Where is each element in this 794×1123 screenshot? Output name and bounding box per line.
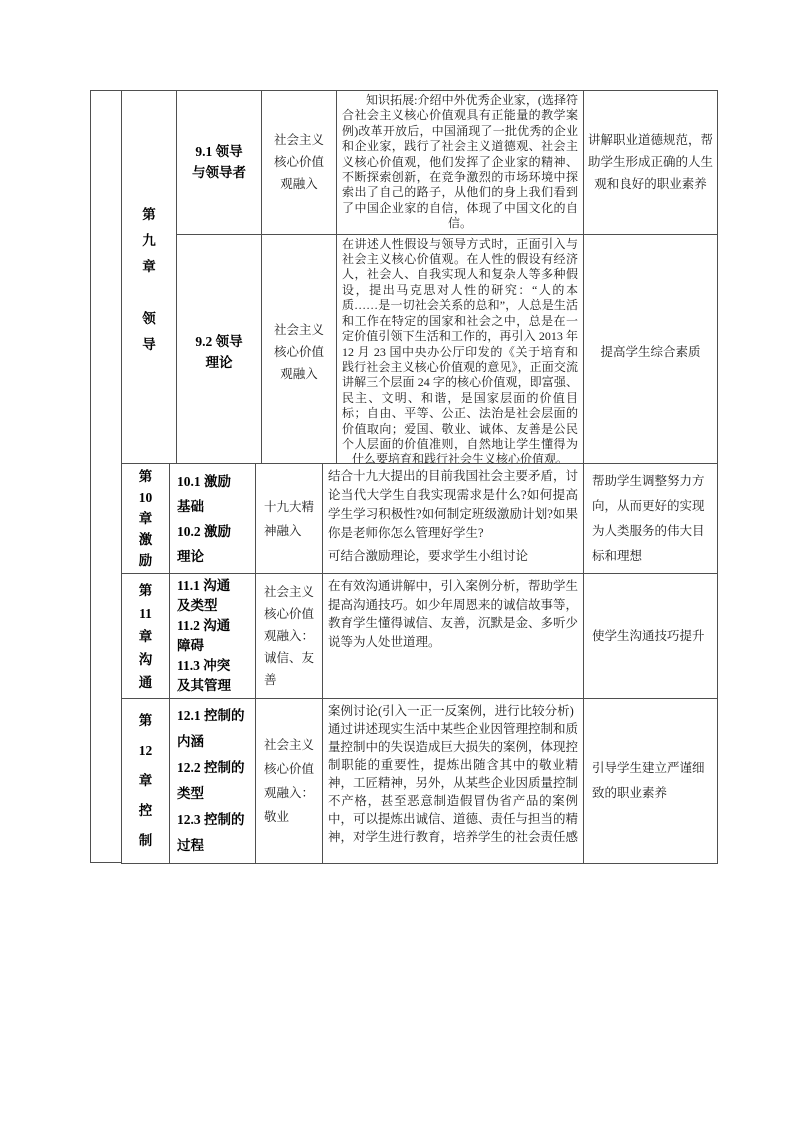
- content-10-cell: 结合十九大提出的目前我国社会主要矛盾，讨论当代大学生自我实现需求是什么?如何提高…: [323, 464, 584, 574]
- section-11-title: 11.1 沟通及类型11.2 沟通障碍11.3 冲突及其管理: [177, 576, 251, 696]
- integration-9-1-cell: 社会主义核心价值观融入: [262, 91, 337, 235]
- integration-10-cell: 十九大精神融入: [256, 464, 323, 574]
- section-9-1-cell: 9.1 领导与领导者: [177, 91, 262, 235]
- row-9-2: 9.2 领导理论 社会主义核心价值观融入 在讲述人性假设与领导方式时，正面引入与…: [122, 234, 718, 470]
- content-11-cell: 在有效沟通讲解中，引入案例分析，帮助学生提高沟通技巧。如少年周恩来的诚信故事等，…: [323, 574, 584, 699]
- section-11-cell: 11.1 沟通及类型11.2 沟通障碍11.3 冲突及其管理: [170, 574, 256, 699]
- integration-11-text: 社会主义核心价值观融入：诚信、友善: [264, 581, 318, 691]
- section-10-title: 10.1 激励基础10.2 激励理论: [177, 469, 251, 569]
- content-9-1-cell: 知识拓展:介绍中外优秀企业家，(选择符合社会主义核心价值观具有正能量的教学案例)…: [337, 91, 584, 235]
- chapter-10-cell: 第10章激励: [122, 464, 170, 574]
- section-9-2-cell: 9.2 领导理论: [177, 234, 262, 470]
- chapter-9-title: 第九章 领导: [126, 202, 172, 358]
- outcome-9-2-text: 提高学生综合素质: [588, 341, 713, 363]
- outcome-11-text: 使学生沟通技巧提升: [592, 624, 711, 649]
- row-chapter-11: 第11章沟通 11.1 沟通及类型11.2 沟通障碍11.3 冲突及其管理 社会…: [122, 574, 718, 699]
- chapters10-12-table: 第10章激励 10.1 激励基础10.2 激励理论 十九大精神融入 结合十九大提…: [121, 463, 718, 864]
- row-chapter-10: 第10章激励 10.1 激励基础10.2 激励理论 十九大精神融入 结合十九大提…: [122, 464, 718, 574]
- section-12-title: 12.1 控制的内涵12.2 控制的类型12.3 控制的过程: [177, 703, 251, 859]
- content-12-cell: 案例讨论(引入一正一反案例，进行比较分析) 通过讲述现实生活中某些企业因管理控制…: [323, 699, 584, 864]
- content-11-paragraph-1: 在有效沟通讲解中，引入案例分析，帮助学生提高沟通技巧。如少年周恩来的诚信故事等，…: [328, 577, 578, 651]
- integration-11-cell: 社会主义核心价值观融入：诚信、友善: [256, 574, 323, 699]
- row-chapter-12: 第12章控制 12.1 控制的内涵12.2 控制的类型12.3 控制的过程 社会…: [122, 699, 718, 864]
- document-page: 第九章 领导 9.1 领导与领导者 社会主义核心价值观融入 知识拓展:介绍中外优…: [0, 0, 794, 1123]
- content-9-2-cell: 在讲述人性假设与领导方式时，正面引入与社会主义核心价值观。在人性的假设有经济人，…: [337, 234, 584, 470]
- chapter-9-cell: 第九章 领导: [122, 91, 177, 471]
- outcome-12-text: 引导学生建立严谨细致的职业素养: [592, 756, 711, 806]
- left-margin-column: [90, 90, 122, 863]
- section-10-cell: 10.1 激励基础10.2 激励理论: [170, 464, 256, 574]
- chapter-12-cell: 第12章控制: [122, 699, 170, 864]
- chapter-11-title: 第11章沟通: [126, 579, 165, 694]
- outcome-9-2-cell: 提高学生综合素质: [584, 234, 718, 470]
- content-9-2-paragraph: 在讲述人性假设与领导方式时，正面引入与社会主义核心价值观。在人性的假设有经济人，…: [342, 237, 578, 468]
- outcome-9-1-cell: 讲解职业道德规范，帮助学生形成正确的人生观和良好的职业素养: [584, 91, 718, 235]
- chapter-11-cell: 第11章沟通: [122, 574, 170, 699]
- integration-10-text: 十九大精神融入: [264, 495, 318, 543]
- outcome-10-cell: 帮助学生调整努力方向，从而更好的实现为人类服务的伟大目标和理想: [584, 464, 718, 574]
- content-10-paragraph-1: 结合十九大提出的目前我国社会主要矛盾，讨论当代大学生自我实现需求是什么?如何提高…: [328, 467, 578, 543]
- outcome-11-cell: 使学生沟通技巧提升: [584, 574, 718, 699]
- content-9-1-paragraph: 知识拓展:介绍中外优秀企业家，(选择符合社会主义核心价值观具有正能量的教学案例)…: [342, 93, 578, 232]
- integration-12-cell: 社会主义核心价值观融入：敬业: [256, 699, 323, 864]
- outcome-9-1-text: 讲解职业道德规范，帮助学生形成正确的人生观和良好的职业素养: [588, 129, 713, 195]
- section-9-1-title: 9.1 领导与领导者: [181, 141, 257, 183]
- section-9-2-title: 9.2 领导理论: [181, 331, 257, 373]
- row-9-1: 第九章 领导 9.1 领导与领导者 社会主义核心价值观融入 知识拓展:介绍中外优…: [122, 91, 718, 235]
- integration-9-2-text: 社会主义核心价值观融入: [266, 319, 332, 385]
- integration-9-2-cell: 社会主义核心价值观融入: [262, 234, 337, 470]
- chapter9-table: 第九章 领导 9.1 领导与领导者 社会主义核心价值观融入 知识拓展:介绍中外优…: [121, 90, 718, 471]
- section-12-cell: 12.1 控制的内涵12.2 控制的类型12.3 控制的过程: [170, 699, 256, 864]
- chapter-12-title: 第12章控制: [126, 706, 165, 856]
- content-12-paragraph-1: 案例讨论(引入一正一反案例，进行比较分析): [328, 702, 578, 720]
- integration-12-text: 社会主义核心价值观融入：敬业: [264, 733, 318, 829]
- content-12-paragraph-2: 通过讲述现实生活中某些企业因管理控制和质量控制中的失误造成巨大损失的案例，体现控…: [328, 720, 578, 846]
- outcome-10-text: 帮助学生调整努力方向，从而更好的实现为人类服务的伟大目标和理想: [592, 469, 711, 569]
- chapter-10-title: 第10章激励: [126, 466, 165, 571]
- integration-9-1-text: 社会主义核心价值观融入: [266, 129, 332, 195]
- content-10-paragraph-2: 可结合激励理论，要求学生小组讨论: [328, 547, 578, 566]
- outcome-12-cell: 引导学生建立严谨细致的职业素养: [584, 699, 718, 864]
